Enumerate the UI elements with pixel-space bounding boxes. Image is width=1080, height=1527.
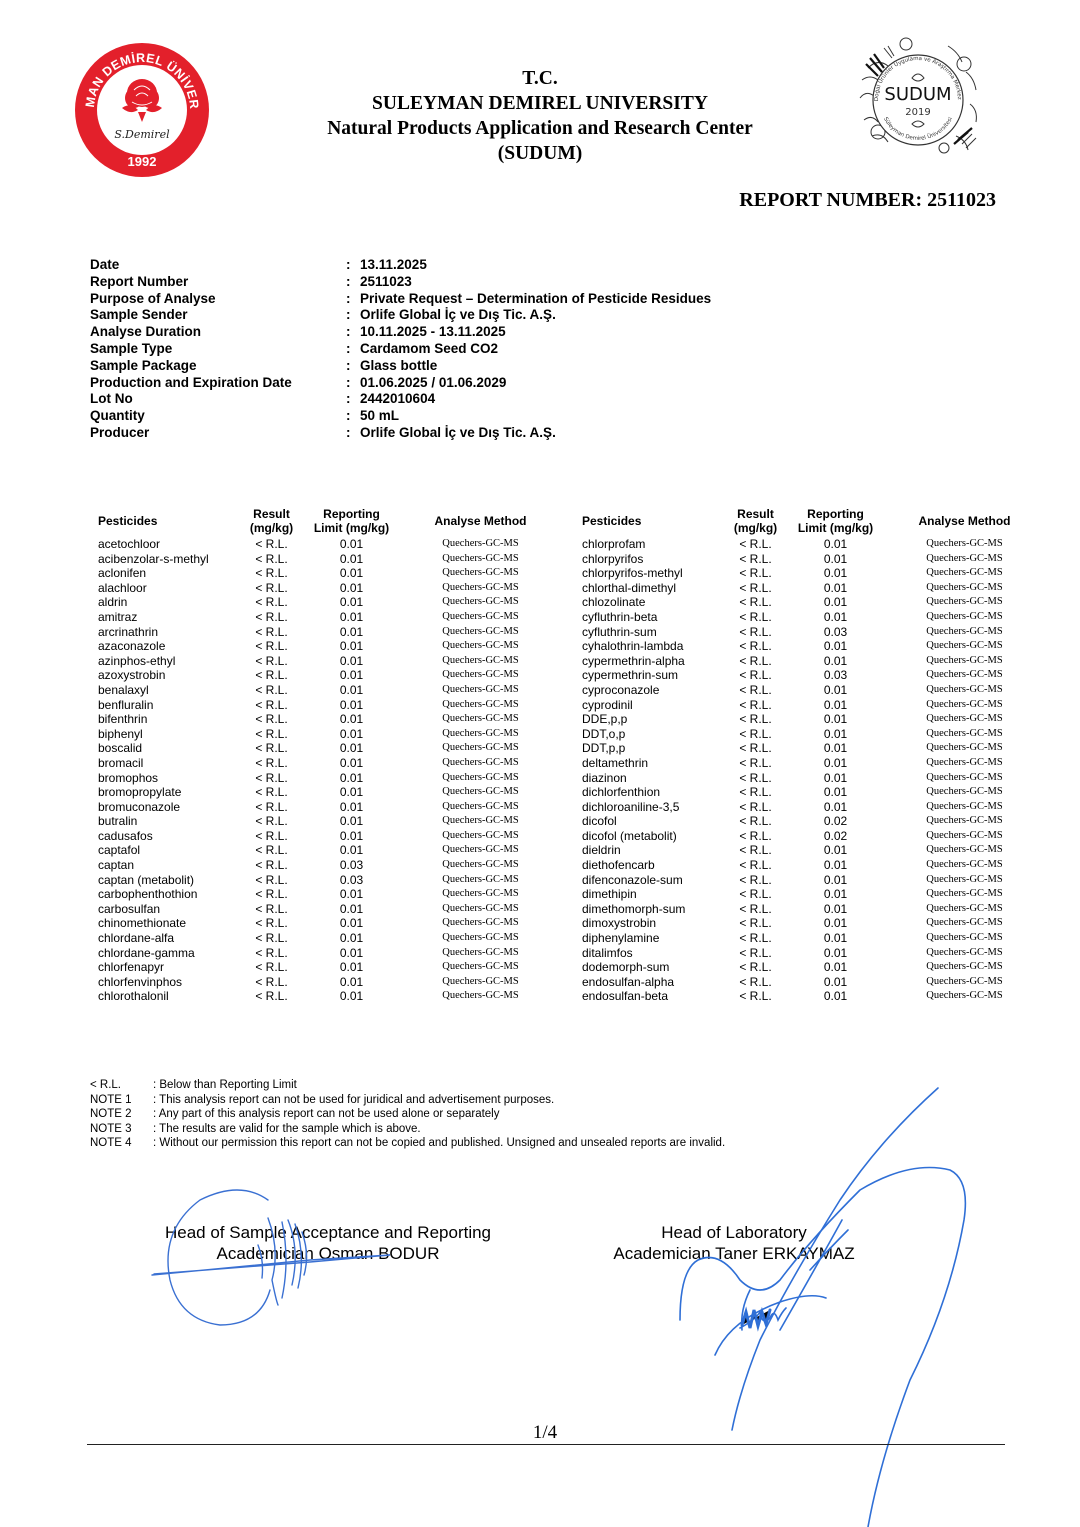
reporting-limit: 0.01 bbox=[300, 960, 403, 975]
analyse-method: Quechers-GC-MS bbox=[403, 698, 558, 713]
analyse-method: Quechers-GC-MS bbox=[887, 552, 1042, 567]
analyse-method: Quechers-GC-MS bbox=[887, 843, 1042, 858]
reporting-limit: 0.03 bbox=[784, 668, 887, 683]
info-separator: : bbox=[346, 307, 360, 324]
result-value: < R.L. bbox=[727, 712, 784, 727]
table-row: bromacil< R.L.0.01Quechers-GC-MS bbox=[98, 756, 558, 771]
analyse-method: Quechers-GC-MS bbox=[887, 916, 1042, 931]
header-reporting-limit: ReportingLimit (mg/kg) bbox=[300, 505, 403, 537]
result-value: < R.L. bbox=[243, 975, 300, 990]
info-value: 10.11.2025 - 13.11.2025 bbox=[360, 324, 506, 341]
info-label: Date bbox=[90, 257, 346, 274]
pesticide-name: arcrinathrin bbox=[98, 625, 243, 640]
pesticide-name: captan bbox=[98, 858, 243, 873]
analyse-method: Quechers-GC-MS bbox=[403, 916, 558, 931]
info-row: Report Number:2511023 bbox=[90, 274, 711, 291]
table-row: benfluralin< R.L.0.01Quechers-GC-MS bbox=[98, 698, 558, 713]
reporting-limit: 0.01 bbox=[300, 989, 403, 1004]
header-analyse-method: Analyse Method bbox=[887, 505, 1042, 537]
table-row: captan< R.L.0.03Quechers-GC-MS bbox=[98, 858, 558, 873]
result-value: < R.L. bbox=[727, 785, 784, 800]
header-analyse-method: Analyse Method bbox=[403, 505, 558, 537]
pesticide-name: ditalimfos bbox=[582, 946, 727, 961]
table-row: ditalimfos< R.L.0.01Quechers-GC-MS bbox=[582, 946, 1042, 961]
table-row: diethofencarb< R.L.0.01Quechers-GC-MS bbox=[582, 858, 1042, 873]
note-key: < R.L. bbox=[90, 1078, 153, 1093]
reporting-limit: 0.01 bbox=[784, 931, 887, 946]
result-value: < R.L. bbox=[727, 668, 784, 683]
reporting-limit: 0.01 bbox=[784, 756, 887, 771]
signatory-right-name: Academician Taner ERKAYMAZ bbox=[598, 1243, 870, 1264]
note-text: : This analysis report can not be used f… bbox=[153, 1093, 554, 1108]
pesticide-name: chlorpyrifos-methyl bbox=[582, 566, 727, 581]
info-value: 13.11.2025 bbox=[360, 257, 427, 274]
result-value: < R.L. bbox=[727, 771, 784, 786]
analyse-method: Quechers-GC-MS bbox=[403, 566, 558, 581]
reporting-limit: 0.01 bbox=[784, 741, 887, 756]
pesticide-name: dimethipin bbox=[582, 887, 727, 902]
info-label: Lot No bbox=[90, 391, 346, 408]
analyse-method: Quechers-GC-MS bbox=[887, 741, 1042, 756]
result-value: < R.L. bbox=[727, 610, 784, 625]
reporting-limit: 0.01 bbox=[784, 800, 887, 815]
pesticide-name: endosulfan-alpha bbox=[582, 975, 727, 990]
pesticide-name: azinphos-ethyl bbox=[98, 654, 243, 669]
result-value: < R.L. bbox=[243, 712, 300, 727]
table-row: chlorpyrifos< R.L.0.01Quechers-GC-MS bbox=[582, 552, 1042, 567]
reporting-limit: 0.03 bbox=[784, 625, 887, 640]
analyse-method: Quechers-GC-MS bbox=[403, 989, 558, 1004]
analyse-method: Quechers-GC-MS bbox=[403, 946, 558, 961]
reporting-limit: 0.01 bbox=[300, 829, 403, 844]
info-label: Sample Type bbox=[90, 341, 346, 358]
result-value: < R.L. bbox=[727, 858, 784, 873]
note-key: NOTE 2 bbox=[90, 1107, 153, 1122]
result-value: < R.L. bbox=[727, 683, 784, 698]
pesticide-name: boscalid bbox=[98, 741, 243, 756]
pesticide-name: dodemorph-sum bbox=[582, 960, 727, 975]
reporting-limit: 0.01 bbox=[300, 639, 403, 654]
signature-left-icon bbox=[140, 1170, 540, 1400]
reporting-limit: 0.01 bbox=[784, 946, 887, 961]
result-value: < R.L. bbox=[727, 756, 784, 771]
reporting-limit: 0.01 bbox=[784, 975, 887, 990]
info-separator: : bbox=[346, 391, 360, 408]
analyse-method: Quechers-GC-MS bbox=[887, 654, 1042, 669]
info-label: Sample Sender bbox=[90, 307, 346, 324]
analyse-method: Quechers-GC-MS bbox=[887, 785, 1042, 800]
table-row: dicofol< R.L.0.02Quechers-GC-MS bbox=[582, 814, 1042, 829]
result-value: < R.L. bbox=[243, 566, 300, 581]
note-text: : Below than Reporting Limit bbox=[153, 1078, 297, 1093]
analyse-method: Quechers-GC-MS bbox=[403, 887, 558, 902]
table-row: acibenzolar-s-methyl< R.L.0.01Quechers-G… bbox=[98, 552, 558, 567]
info-value: 01.06.2025 / 01.06.2029 bbox=[360, 375, 506, 392]
reporting-limit: 0.01 bbox=[784, 537, 887, 552]
analyse-method: Quechers-GC-MS bbox=[887, 771, 1042, 786]
analyse-method: Quechers-GC-MS bbox=[887, 975, 1042, 990]
table-row: chlorfenapyr< R.L.0.01Quechers-GC-MS bbox=[98, 960, 558, 975]
pesticide-name: aldrin bbox=[98, 595, 243, 610]
reporting-limit: 0.01 bbox=[300, 595, 403, 610]
table-row: chlorpyrifos-methyl< R.L.0.01Quechers-GC… bbox=[582, 566, 1042, 581]
result-value: < R.L. bbox=[243, 698, 300, 713]
table-row: cyproconazole< R.L.0.01Quechers-GC-MS bbox=[582, 683, 1042, 698]
result-value: < R.L. bbox=[727, 931, 784, 946]
reporting-limit: 0.01 bbox=[784, 595, 887, 610]
table-row: cyfluthrin-sum< R.L.0.03Quechers-GC-MS bbox=[582, 625, 1042, 640]
analyse-method: Quechers-GC-MS bbox=[887, 756, 1042, 771]
table-row: dichlorfenthion< R.L.0.01Quechers-GC-MS bbox=[582, 785, 1042, 800]
reporting-limit: 0.01 bbox=[784, 916, 887, 931]
table-row: dimethipin< R.L.0.01Quechers-GC-MS bbox=[582, 887, 1042, 902]
analyse-method: Quechers-GC-MS bbox=[403, 902, 558, 917]
analyse-method: Quechers-GC-MS bbox=[403, 960, 558, 975]
info-value: Private Request – Determination of Pesti… bbox=[360, 291, 711, 308]
pesticide-name: bromuconazole bbox=[98, 800, 243, 815]
result-value: < R.L. bbox=[727, 566, 784, 581]
reporting-limit: 0.01 bbox=[784, 727, 887, 742]
result-value: < R.L. bbox=[243, 843, 300, 858]
reporting-limit: 0.01 bbox=[784, 858, 887, 873]
pesticide-name: chlordane-gamma bbox=[98, 946, 243, 961]
pesticide-name: acetochloor bbox=[98, 537, 243, 552]
info-row: Production and Expiration Date:01.06.202… bbox=[90, 375, 711, 392]
info-separator: : bbox=[346, 425, 360, 442]
note-row: NOTE 4: Without our permission this repo… bbox=[90, 1136, 725, 1151]
table-row: bromuconazole< R.L.0.01Quechers-GC-MS bbox=[98, 800, 558, 815]
info-separator: : bbox=[346, 291, 360, 308]
analyse-method: Quechers-GC-MS bbox=[887, 581, 1042, 596]
reporting-limit: 0.01 bbox=[784, 989, 887, 1004]
pesticide-name: chlorprofam bbox=[582, 537, 727, 552]
pesticide-name: azoxystrobin bbox=[98, 668, 243, 683]
analyse-method: Quechers-GC-MS bbox=[403, 873, 558, 888]
header-pesticides: Pesticides bbox=[582, 505, 727, 537]
analyse-method: Quechers-GC-MS bbox=[887, 683, 1042, 698]
report-number-title: REPORT NUMBER: 2511023 bbox=[739, 189, 996, 212]
analyse-method: Quechers-GC-MS bbox=[403, 654, 558, 669]
pesticide-name: chlorpyrifos bbox=[582, 552, 727, 567]
pesticide-name: aclonifen bbox=[98, 566, 243, 581]
table-row: diphenylamine< R.L.0.01Quechers-GC-MS bbox=[582, 931, 1042, 946]
info-separator: : bbox=[346, 274, 360, 291]
analyse-method: Quechers-GC-MS bbox=[887, 931, 1042, 946]
info-separator: : bbox=[346, 257, 360, 274]
analyse-method: Quechers-GC-MS bbox=[887, 566, 1042, 581]
result-value: < R.L. bbox=[727, 581, 784, 596]
reporting-limit: 0.01 bbox=[300, 975, 403, 990]
reporting-limit: 0.01 bbox=[300, 800, 403, 815]
analyse-method: Quechers-GC-MS bbox=[887, 537, 1042, 552]
pesticide-name: DDT,p,p bbox=[582, 741, 727, 756]
reporting-limit: 0.01 bbox=[300, 654, 403, 669]
reporting-limit: 0.01 bbox=[784, 785, 887, 800]
table-row: aclonifen< R.L.0.01Quechers-GC-MS bbox=[98, 566, 558, 581]
table-row: azaconazole< R.L.0.01Quechers-GC-MS bbox=[98, 639, 558, 654]
result-value: < R.L. bbox=[243, 668, 300, 683]
notes-section: < R.L.: Below than Reporting LimitNOTE 1… bbox=[90, 1078, 725, 1151]
analyse-method: Quechers-GC-MS bbox=[403, 756, 558, 771]
reporting-limit: 0.01 bbox=[300, 785, 403, 800]
reporting-limit: 0.01 bbox=[784, 902, 887, 917]
reporting-limit: 0.01 bbox=[300, 610, 403, 625]
info-row: Analyse Duration:10.11.2025 - 13.11.2025 bbox=[90, 324, 711, 341]
analyse-method: Quechers-GC-MS bbox=[887, 800, 1042, 815]
reporting-limit: 0.01 bbox=[300, 566, 403, 581]
reporting-limit: 0.01 bbox=[300, 712, 403, 727]
analyse-method: Quechers-GC-MS bbox=[887, 610, 1042, 625]
svg-text:1992: 1992 bbox=[128, 154, 157, 169]
info-row: Quantity:50 mL bbox=[90, 408, 711, 425]
pesticide-name: acibenzolar-s-methyl bbox=[98, 552, 243, 567]
table-row: aldrin< R.L.0.01Quechers-GC-MS bbox=[98, 595, 558, 610]
result-value: < R.L. bbox=[243, 683, 300, 698]
analyse-method: Quechers-GC-MS bbox=[403, 741, 558, 756]
pesticide-name: deltamethrin bbox=[582, 756, 727, 771]
pesticide-name: azaconazole bbox=[98, 639, 243, 654]
table-row: dicofol (metabolit)< R.L.0.02Quechers-GC… bbox=[582, 829, 1042, 844]
reporting-limit: 0.01 bbox=[300, 727, 403, 742]
analyse-method: Quechers-GC-MS bbox=[403, 683, 558, 698]
result-value: < R.L. bbox=[727, 829, 784, 844]
results-table-left: Pesticides Result(mg/kg) ReportingLimit … bbox=[98, 505, 558, 1004]
info-separator: : bbox=[346, 341, 360, 358]
pesticide-name: amitraz bbox=[98, 610, 243, 625]
analyse-method: Quechers-GC-MS bbox=[403, 581, 558, 596]
table-row: dodemorph-sum< R.L.0.01Quechers-GC-MS bbox=[582, 960, 1042, 975]
signatory-left-name: Academician Osman BODUR bbox=[150, 1243, 506, 1264]
sudum-seal-icon: Doğal Ürünler Uygulama ve Araştırma Merk… bbox=[848, 28, 988, 163]
university-logo: SÜLEYMAN DEMİREL ÜNİVERSİTESİ 1992 S.Dem… bbox=[72, 40, 212, 180]
pesticide-name: dichlorfenthion bbox=[582, 785, 727, 800]
table-row: cyhalothrin-lambda< R.L.0.01Quechers-GC-… bbox=[582, 639, 1042, 654]
reporting-limit: 0.01 bbox=[300, 916, 403, 931]
pesticide-name: chlorfenapyr bbox=[98, 960, 243, 975]
note-key: NOTE 1 bbox=[90, 1093, 153, 1108]
reporting-limit: 0.01 bbox=[300, 814, 403, 829]
result-value: < R.L. bbox=[243, 887, 300, 902]
page-number: 1/4 bbox=[0, 1422, 1080, 1444]
pesticide-name: diazinon bbox=[582, 771, 727, 786]
info-value: 2511023 bbox=[360, 274, 412, 291]
table-row: biphenyl< R.L.0.01Quechers-GC-MS bbox=[98, 727, 558, 742]
table-row: dimethomorph-sum< R.L.0.01Quechers-GC-MS bbox=[582, 902, 1042, 917]
info-label: Report Number bbox=[90, 274, 346, 291]
result-value: < R.L. bbox=[243, 785, 300, 800]
result-value: < R.L. bbox=[243, 625, 300, 640]
header-reporting-limit: ReportingLimit (mg/kg) bbox=[784, 505, 887, 537]
table-row: captan (metabolit)< R.L.0.03Quechers-GC-… bbox=[98, 873, 558, 888]
result-value: < R.L. bbox=[243, 756, 300, 771]
svg-text:SUDUM: SUDUM bbox=[884, 84, 951, 105]
reporting-limit: 0.01 bbox=[300, 698, 403, 713]
table-row: butralin< R.L.0.01Quechers-GC-MS bbox=[98, 814, 558, 829]
table-header-row: Pesticides Result(mg/kg) ReportingLimit … bbox=[582, 505, 1042, 537]
analyse-method: Quechers-GC-MS bbox=[887, 668, 1042, 683]
reporting-limit: 0.03 bbox=[300, 873, 403, 888]
footer-divider bbox=[87, 1444, 1005, 1445]
table-row: chlorothalonil< R.L.0.01Quechers-GC-MS bbox=[98, 989, 558, 1004]
pesticide-name: cyproconazole bbox=[582, 683, 727, 698]
analyse-method: Quechers-GC-MS bbox=[403, 931, 558, 946]
table-row: chinomethionate< R.L.0.01Quechers-GC-MS bbox=[98, 916, 558, 931]
reporting-limit: 0.01 bbox=[300, 902, 403, 917]
analyse-method: Quechers-GC-MS bbox=[887, 858, 1042, 873]
result-value: < R.L. bbox=[243, 727, 300, 742]
pesticide-name: chlorfenvinphos bbox=[98, 975, 243, 990]
table-row: chlozolinate< R.L.0.01Quechers-GC-MS bbox=[582, 595, 1042, 610]
analyse-method: Quechers-GC-MS bbox=[887, 814, 1042, 829]
result-value: < R.L. bbox=[727, 960, 784, 975]
university-seal-icon: SÜLEYMAN DEMİREL ÜNİVERSİTESİ 1992 S.Dem… bbox=[72, 40, 212, 180]
table-row: chlordane-gamma< R.L.0.01Quechers-GC-MS bbox=[98, 946, 558, 961]
document-header: T.C. SULEYMAN DEMIREL UNIVERSITY Natural… bbox=[240, 66, 840, 166]
table-row: bromophos< R.L.0.01Quechers-GC-MS bbox=[98, 771, 558, 786]
table-row: cyprodinil< R.L.0.01Quechers-GC-MS bbox=[582, 698, 1042, 713]
result-value: < R.L. bbox=[243, 931, 300, 946]
info-label: Purpose of Analyse bbox=[90, 291, 346, 308]
table-row: benalaxyl< R.L.0.01Quechers-GC-MS bbox=[98, 683, 558, 698]
table-row: dieldrin< R.L.0.01Quechers-GC-MS bbox=[582, 843, 1042, 858]
header-result: Result(mg/kg) bbox=[243, 505, 300, 537]
table-row: chlorprofam< R.L.0.01Quechers-GC-MS bbox=[582, 537, 1042, 552]
reporting-limit: 0.01 bbox=[300, 537, 403, 552]
pesticide-name: cadusafos bbox=[98, 829, 243, 844]
table-row: carbosulfan< R.L.0.01Quechers-GC-MS bbox=[98, 902, 558, 917]
analyse-method: Quechers-GC-MS bbox=[403, 771, 558, 786]
reporting-limit: 0.01 bbox=[300, 741, 403, 756]
result-value: < R.L. bbox=[727, 654, 784, 669]
reporting-limit: 0.02 bbox=[784, 814, 887, 829]
info-value: Glass bottle bbox=[360, 358, 437, 375]
reporting-limit: 0.01 bbox=[300, 581, 403, 596]
reporting-limit: 0.01 bbox=[300, 843, 403, 858]
result-value: < R.L. bbox=[243, 537, 300, 552]
info-separator: : bbox=[346, 358, 360, 375]
pesticide-name: chlorthal-dimethyl bbox=[582, 581, 727, 596]
sample-info: Date:13.11.2025Report Number:2511023Purp… bbox=[90, 257, 711, 442]
note-row: < R.L.: Below than Reporting Limit bbox=[90, 1078, 725, 1093]
note-text: : Any part of this analysis report can n… bbox=[153, 1107, 499, 1122]
reporting-limit: 0.01 bbox=[784, 960, 887, 975]
result-value: < R.L. bbox=[727, 727, 784, 742]
pesticide-name: cypermethrin-sum bbox=[582, 668, 727, 683]
info-row: Sample Sender:Orlife Global İç ve Dış Ti… bbox=[90, 307, 711, 324]
pesticide-name: cyfluthrin-beta bbox=[582, 610, 727, 625]
result-value: < R.L. bbox=[243, 858, 300, 873]
table-row: DDE,p,p< R.L.0.01Quechers-GC-MS bbox=[582, 712, 1042, 727]
info-row: Date:13.11.2025 bbox=[90, 257, 711, 274]
reporting-limit: 0.01 bbox=[784, 552, 887, 567]
info-label: Sample Package bbox=[90, 358, 346, 375]
analyse-method: Quechers-GC-MS bbox=[403, 858, 558, 873]
reporting-limit: 0.01 bbox=[784, 843, 887, 858]
pesticide-name: chlordane-alfa bbox=[98, 931, 243, 946]
analyse-method: Quechers-GC-MS bbox=[403, 975, 558, 990]
header-center-name: Natural Products Application and Researc… bbox=[240, 116, 840, 141]
note-key: NOTE 4 bbox=[90, 1136, 153, 1151]
info-label: Producer bbox=[90, 425, 346, 442]
signatory-right: Head of Laboratory Academician Taner ERK… bbox=[598, 1222, 870, 1264]
analyse-method: Quechers-GC-MS bbox=[403, 639, 558, 654]
analyse-method: Quechers-GC-MS bbox=[887, 946, 1042, 961]
reporting-limit: 0.01 bbox=[300, 931, 403, 946]
pesticide-name: bifenthrin bbox=[98, 712, 243, 727]
analyse-method: Quechers-GC-MS bbox=[403, 537, 558, 552]
pesticide-name: cyprodinil bbox=[582, 698, 727, 713]
table-row: captafol< R.L.0.01Quechers-GC-MS bbox=[98, 843, 558, 858]
pesticide-name: carbosulfan bbox=[98, 902, 243, 917]
header-center-abbrev: (SUDUM) bbox=[240, 141, 840, 166]
analyse-method: Quechers-GC-MS bbox=[887, 887, 1042, 902]
note-key: NOTE 3 bbox=[90, 1122, 153, 1137]
result-value: < R.L. bbox=[243, 610, 300, 625]
info-value: Cardamom Seed CO2 bbox=[360, 341, 498, 358]
reporting-limit: 0.01 bbox=[300, 771, 403, 786]
pesticide-name: cyfluthrin-sum bbox=[582, 625, 727, 640]
result-value: < R.L. bbox=[243, 960, 300, 975]
result-value: < R.L. bbox=[243, 829, 300, 844]
info-value: Orlife Global İç ve Dış Tic. A.Ş. bbox=[360, 307, 556, 324]
table-row: DDT,o,p< R.L.0.01Quechers-GC-MS bbox=[582, 727, 1042, 742]
header-university-name: SULEYMAN DEMIREL UNIVERSITY bbox=[240, 91, 840, 116]
pesticide-name: dicofol (metabolit) bbox=[582, 829, 727, 844]
table-row: bromopropylate< R.L.0.01Quechers-GC-MS bbox=[98, 785, 558, 800]
result-value: < R.L. bbox=[727, 873, 784, 888]
result-value: < R.L. bbox=[243, 946, 300, 961]
table-row: chlordane-alfa< R.L.0.01Quechers-GC-MS bbox=[98, 931, 558, 946]
result-value: < R.L. bbox=[243, 902, 300, 917]
signatory-left: Head of Sample Acceptance and Reporting … bbox=[150, 1222, 506, 1264]
result-value: < R.L. bbox=[243, 916, 300, 931]
reporting-limit: 0.01 bbox=[784, 654, 887, 669]
info-separator: : bbox=[346, 408, 360, 425]
pesticide-name: difenconazole-sum bbox=[582, 873, 727, 888]
table-row: diazinon< R.L.0.01Quechers-GC-MS bbox=[582, 771, 1042, 786]
result-value: < R.L. bbox=[243, 581, 300, 596]
reporting-limit: 0.03 bbox=[300, 858, 403, 873]
result-value: < R.L. bbox=[243, 814, 300, 829]
info-value: Orlife Global İç ve Dış Tic. A.Ş. bbox=[360, 425, 556, 442]
reporting-limit: 0.01 bbox=[784, 887, 887, 902]
info-row: Purpose of Analyse:Private Request – Det… bbox=[90, 291, 711, 308]
analyse-method: Quechers-GC-MS bbox=[887, 712, 1042, 727]
analyse-method: Quechers-GC-MS bbox=[403, 800, 558, 815]
table-row: cadusafos< R.L.0.01Quechers-GC-MS bbox=[98, 829, 558, 844]
analyse-method: Quechers-GC-MS bbox=[403, 552, 558, 567]
analyse-method: Quechers-GC-MS bbox=[887, 698, 1042, 713]
table-row: DDT,p,p< R.L.0.01Quechers-GC-MS bbox=[582, 741, 1042, 756]
info-separator: : bbox=[346, 324, 360, 341]
result-value: < R.L. bbox=[727, 639, 784, 654]
analyse-method: Quechers-GC-MS bbox=[403, 785, 558, 800]
header-line-country: T.C. bbox=[240, 66, 840, 91]
analyse-method: Quechers-GC-MS bbox=[403, 829, 558, 844]
reporting-limit: 0.01 bbox=[784, 566, 887, 581]
table-row: boscalid< R.L.0.01Quechers-GC-MS bbox=[98, 741, 558, 756]
svg-text:2019: 2019 bbox=[905, 107, 930, 118]
pesticide-name: dicofol bbox=[582, 814, 727, 829]
results-table-right: Pesticides Result(mg/kg) ReportingLimit … bbox=[582, 505, 1042, 1004]
result-value: < R.L. bbox=[727, 916, 784, 931]
reporting-limit: 0.01 bbox=[784, 698, 887, 713]
table-row: carbophenthothion< R.L.0.01Quechers-GC-M… bbox=[98, 887, 558, 902]
analyse-method: Quechers-GC-MS bbox=[403, 712, 558, 727]
result-value: < R.L. bbox=[727, 989, 784, 1004]
pesticide-name: captan (metabolit) bbox=[98, 873, 243, 888]
info-value: 50 mL bbox=[360, 408, 399, 425]
